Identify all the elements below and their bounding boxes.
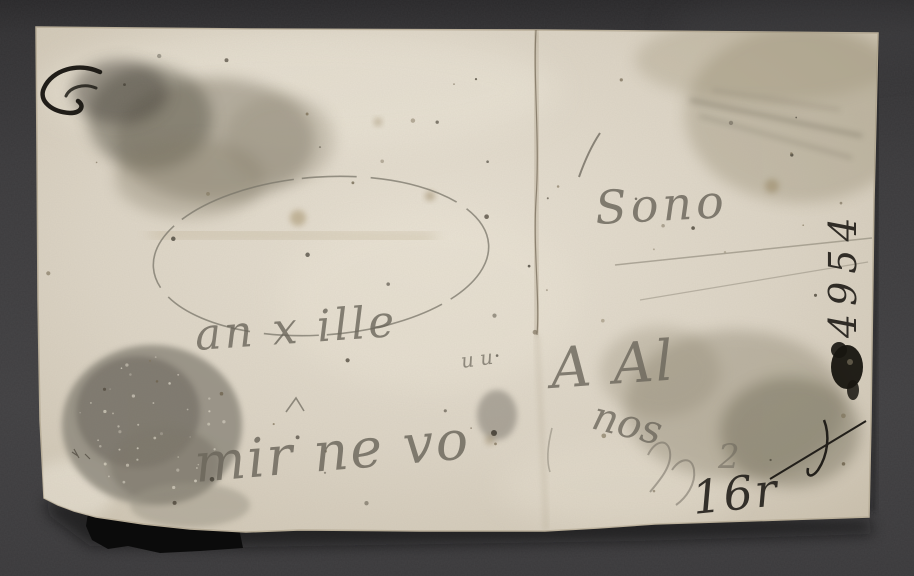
paper-speckle <box>842 462 846 466</box>
paper-speckle <box>157 54 161 58</box>
paper-speckle <box>496 354 499 357</box>
paper-speckle <box>351 181 354 184</box>
inscription-upper-right: Sono <box>594 174 729 235</box>
paper-speckle <box>319 146 321 148</box>
paper-speckle <box>346 358 350 362</box>
paper-speckle <box>841 413 846 418</box>
paper-speckle <box>364 501 368 505</box>
paper-speckle <box>149 360 151 362</box>
paper-speckle <box>492 314 496 318</box>
paper-speckle <box>475 78 477 80</box>
paper-speckle <box>156 380 159 383</box>
paper-speckle <box>653 490 656 493</box>
paper-speckle <box>305 253 309 257</box>
paper-speckle <box>103 388 106 391</box>
paper-speckle <box>225 58 229 62</box>
paper-speckle <box>546 289 548 291</box>
paper-speckle <box>470 427 471 428</box>
paper-speckle <box>729 121 733 125</box>
inscription-edge-number: 4954 <box>821 209 865 339</box>
paper-speckle <box>411 118 415 122</box>
paper-speckle <box>802 224 804 226</box>
paper-speckle <box>306 113 309 116</box>
paper-speckle <box>724 251 726 253</box>
paper-speckle <box>769 459 771 461</box>
paper-speckle <box>173 501 177 505</box>
paper-speckle <box>484 214 489 219</box>
paper-speckle <box>386 282 390 286</box>
inscription-bottom-right-code: 16r <box>690 462 783 525</box>
inscription-initials: A Al <box>543 328 677 402</box>
paper-speckle <box>171 237 176 242</box>
paper-speckle <box>220 392 224 396</box>
paper-speckle <box>96 162 98 164</box>
paper-speckle <box>620 78 623 81</box>
paper-speckle <box>453 83 455 85</box>
paper-speckle <box>533 330 538 335</box>
paper-speckle <box>795 117 797 119</box>
paper-speckle <box>436 121 439 124</box>
paper-speckle <box>814 294 817 297</box>
paper-speckle <box>380 160 384 164</box>
artifact-photograph: an x ille u u Sono A Al nos mir ne vo 2 … <box>0 0 914 576</box>
paper-speckle <box>123 83 126 86</box>
paper-speckle <box>206 192 210 196</box>
paper-speckle <box>601 319 605 323</box>
paper-speckle <box>494 443 497 446</box>
paper-speckle <box>840 202 843 205</box>
paper-speckle <box>790 152 793 155</box>
paper-speckle <box>557 185 560 188</box>
paper-speckle <box>46 271 50 275</box>
paper-speckle <box>528 265 531 268</box>
paper-speckle <box>486 160 489 163</box>
paper-speckle <box>547 197 549 199</box>
scan-stage: an x ille u u Sono A Al nos mir ne vo 2 … <box>0 0 914 576</box>
paper-speckle <box>653 248 655 250</box>
inscription-circled-suffix: u u <box>459 345 494 373</box>
